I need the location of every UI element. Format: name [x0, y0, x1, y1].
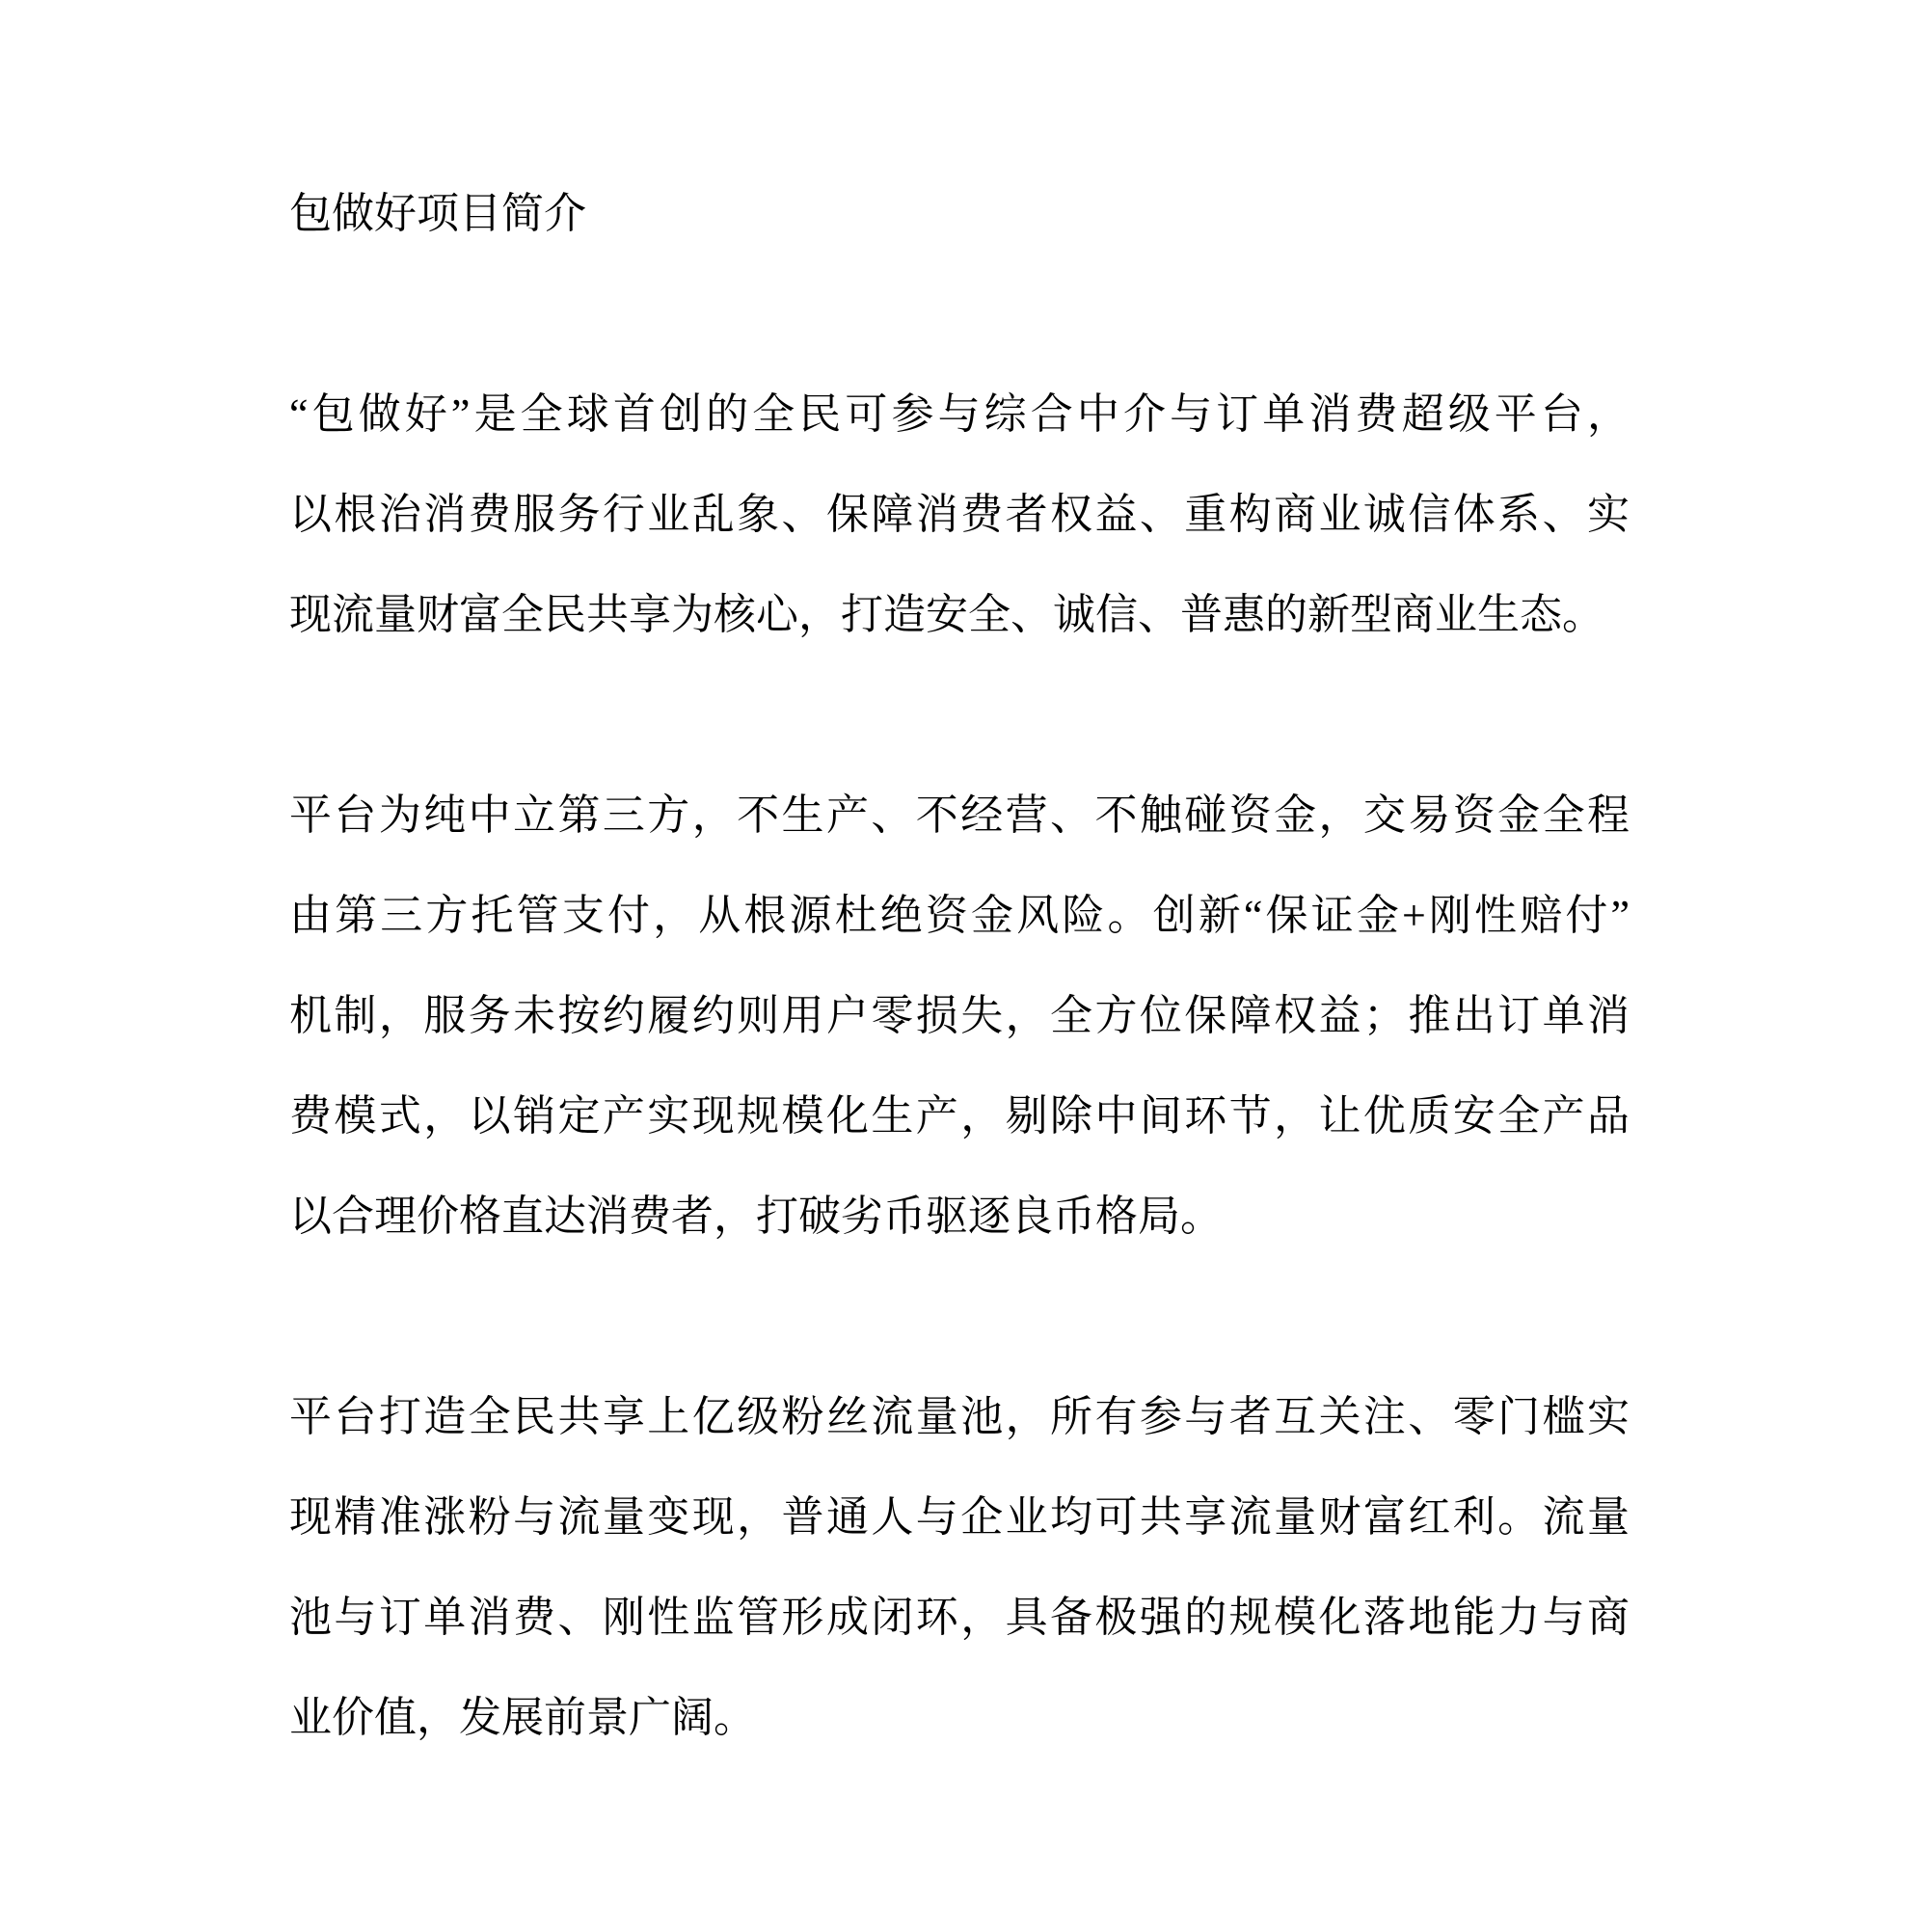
paragraph-line: 平台打造全民共享上亿级粉丝流量池，所有参与者互关注、零门槛实 — [289, 1367, 1630, 1467]
paragraph-line: 机制，服务未按约履约则用户零损失，全方位保障权益；推出订单消 — [289, 966, 1630, 1066]
paragraph-line: 平台为纯中立第三方，不生产、不经营、不触碰资金，交易资金全程 — [289, 765, 1630, 866]
paragraph: 平台为纯中立第三方，不生产、不经营、不触碰资金，交易资金全程由第三方托管支付，从… — [289, 765, 1630, 1267]
paragraph: 平台打造全民共享上亿级粉丝流量池，所有参与者互关注、零门槛实现精准涨粉与流量变现… — [289, 1367, 1630, 1768]
paragraph-line: 以合理价格直达消费者，打破劣币驱逐良币格局。 — [289, 1167, 1630, 1267]
document-page: 包做好项目简介 “包做好”是全球首创的全民可参与综合中介与订单消费超级平台，以根… — [0, 0, 1913, 1932]
paragraph-line: 业价值，发展前景广阔。 — [289, 1668, 1630, 1768]
document-title: 包做好项目简介 — [289, 164, 1630, 264]
paragraph-line: 现流量财富全民共享为核心，打造安全、诚信、普惠的新型商业生态。 — [289, 565, 1630, 665]
paragraph-line: 池与订单消费、刚性监管形成闭环，具备极强的规模化落地能力与商 — [289, 1568, 1630, 1668]
paragraphs-container: “包做好”是全球首创的全民可参与综合中介与订单消费超级平台，以根治消费服务行业乱… — [289, 364, 1630, 1768]
paragraph-line: “包做好”是全球首创的全民可参与综合中介与订单消费超级平台， — [289, 364, 1630, 465]
paragraph-line: 现精准涨粉与流量变现，普通人与企业均可共享流量财富红利。流量 — [289, 1467, 1630, 1568]
document-content: 包做好项目简介 “包做好”是全球首创的全民可参与综合中介与订单消费超级平台，以根… — [289, 164, 1630, 1768]
paragraph: “包做好”是全球首创的全民可参与综合中介与订单消费超级平台，以根治消费服务行业乱… — [289, 364, 1630, 665]
paragraph-line: 以根治消费服务行业乱象、保障消费者权益、重构商业诚信体系、实 — [289, 465, 1630, 565]
paragraph-line: 由第三方托管支付，从根源杜绝资金风险。创新“保证金+刚性赔付” — [289, 866, 1630, 966]
paragraph-line: 费模式，以销定产实现规模化生产，剔除中间环节，让优质安全产品 — [289, 1066, 1630, 1167]
